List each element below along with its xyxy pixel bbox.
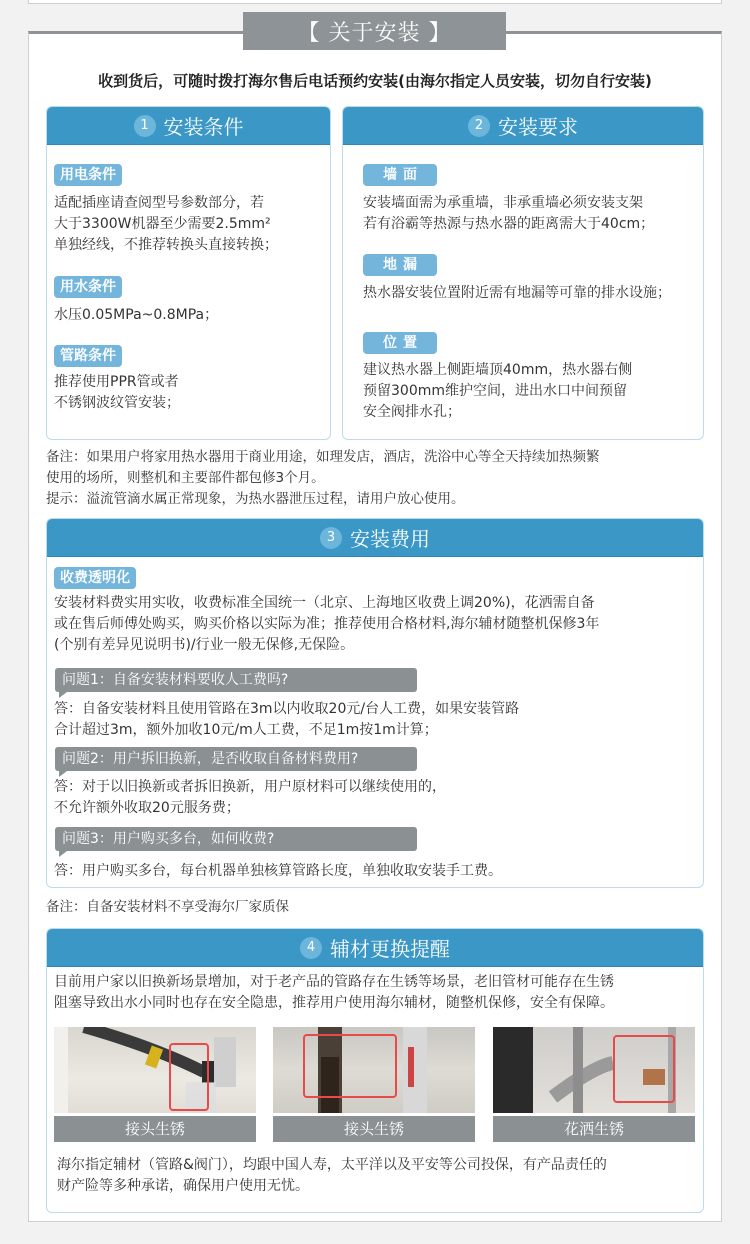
highlight-box <box>303 1034 397 1098</box>
intro-text: 收到货后，可随时拨打海尔售后电话预约安装(由海尔指定人员安装，切勿自行安装) <box>0 70 750 91</box>
text-line: 不允许额外收取20元服务费； <box>54 798 446 819</box>
text-line: 目前用户家以旧换新场景增加，对于老产品的管路存在生锈等场景，老旧管材可能存在生锈 <box>54 972 614 993</box>
section-title: 辅材更换提醒 <box>330 933 450 962</box>
section-number-badge: 2 <box>468 115 490 137</box>
note-line: 备注：如果用户将家用热水器用于商业用途，如理发店，酒店，洗浴中心等全天持续加热频… <box>46 447 600 468</box>
text-line: 大于3300W机器至少需要2.5mm² <box>54 214 278 235</box>
faq-answer-2: 答：对于以旧换新或者拆旧换新，用户原材料可以继续使用的， 不允许额外收取20元服… <box>54 777 446 819</box>
faq-question-3: 问题3：用户购买多台，如何收费? <box>55 827 417 851</box>
text-line: 海尔指定辅材（管路&阀门），均跟中国人寿，太平洋以及平安等公司投保，有产品责任的 <box>57 1155 607 1176</box>
text-line: 预留300mm维护空间，进出水口中间预留 <box>363 381 632 402</box>
text-line: 安装墙面需为承重墙，非承重墙必须安装支架 <box>363 193 654 214</box>
section-header: 2 安装要求 <box>343 107 703 145</box>
faq-answer-1: 答：自备安装材料且使用管路在3m以内收取20元/台人工费，如果安装管路 合计超过… <box>54 699 519 741</box>
text-line: 答：对于以旧换新或者拆旧换新，用户原材料可以继续使用的， <box>54 777 446 798</box>
self-material-note: 备注：自备安装材料不享受海尔厂家质保 <box>46 897 289 918</box>
insurance-text: 海尔指定辅材（管路&阀门），均跟中国人寿，太平洋以及平安等公司投保，有产品责任的… <box>57 1155 607 1197</box>
section-title: 安装条件 <box>164 111 244 140</box>
section-title: 安装费用 <box>350 523 430 552</box>
text-line: 答：自备安装材料且使用管路在3m以内收取20元/台人工费，如果安装管路 <box>54 699 519 720</box>
section-title: 安装要求 <box>498 111 578 140</box>
section-number-badge: 1 <box>134 115 156 137</box>
tag-fee-transparency: 收费透明化 <box>54 567 136 589</box>
section-header: 3 安装费用 <box>47 519 703 557</box>
photo-rusty-joint-1 <box>54 1027 256 1113</box>
tag-water: 用水条件 <box>54 276 122 298</box>
text-line: 单独经线，不推荐转换头直接转换； <box>54 235 278 256</box>
photo-caption: 接头生锈 <box>273 1116 475 1142</box>
position-text: 建议热水器上侧距墙顶40mm，热水器右侧 预留300mm维护空间，进出水口中间预… <box>363 360 632 423</box>
tag-floor-drain: 地漏 <box>363 254 437 276</box>
text-line: 合计超过3m，额外加收10元/m人工费，不足1m按1m计算； <box>54 720 519 741</box>
text-line: 财产险等多种承诺，确保用户使用无忧。 <box>57 1176 607 1197</box>
fee-text: 安装材料费实用实收，收费标准全国统一（北京、上海地区收费上调20%)，花洒需自备… <box>54 593 599 656</box>
photo-rusty-joint-2 <box>273 1027 475 1113</box>
text-line: 安全阀排水孔； <box>363 402 632 423</box>
section-number-badge: 3 <box>320 527 342 549</box>
text-line: 推荐使用PPR管或者 <box>54 372 180 393</box>
rusty-hose-joint-image <box>54 1027 256 1113</box>
text-line: 若有浴霸等热源与热水器的距离需大于40cm； <box>363 214 654 235</box>
pipe-text: 推荐使用PPR管或者 不锈钢波纹管安装； <box>54 372 180 414</box>
text-line: 或在售后师傅处购买，购买价格以实际为准；推荐使用合格材料,海尔辅材随整机保修3年 <box>54 614 599 635</box>
section-number-badge: 4 <box>300 937 322 959</box>
tag-electricity: 用电条件 <box>54 164 122 186</box>
photo-caption: 花洒生锈 <box>493 1116 695 1142</box>
note-line: 使用的场所，则整机和主要部件都包修3个月。 <box>46 468 600 489</box>
highlight-box <box>169 1043 209 1111</box>
note-line: 提示：溢流管滴水属正常现象，为热水器泄压过程，请用户放心使用。 <box>46 489 600 510</box>
text-line: 阻塞导致出水小同时也存在安全隐患，推荐用户使用海尔辅材，随整机保修，安全有保障。 <box>54 993 614 1014</box>
previous-card-bottom <box>28 0 722 4</box>
text-line: 适配插座请查阅型号参数部分，若 <box>54 193 278 214</box>
photo-rusty-shower <box>493 1027 695 1113</box>
tag-wall: 墙面 <box>363 164 437 186</box>
faq-question-1: 问题1：自备安装材料要收人工费吗? <box>55 668 417 692</box>
faq-question-2: 问题2：用户拆旧换新，是否收取自备材料费用? <box>55 747 417 771</box>
highlight-box <box>613 1035 675 1103</box>
section-header: 1 安装条件 <box>47 107 330 145</box>
replacement-text: 目前用户家以旧换新场景增加，对于老产品的管路存在生锈等场景，老旧管材可能存在生锈… <box>54 972 614 1014</box>
section-header: 4 辅材更换提醒 <box>47 929 703 967</box>
wall-text: 安装墙面需为承重墙，非承重墙必须安装支架 若有浴霸等热源与热水器的距离需大于40… <box>363 193 654 235</box>
tag-pipe: 管路条件 <box>54 345 122 367</box>
photo-caption: 接头生锈 <box>54 1116 256 1142</box>
text-line: 建议热水器上侧距墙顶40mm，热水器右侧 <box>363 360 632 381</box>
text-line: 安装材料费实用实收，收费标准全国统一（北京、上海地区收费上调20%)，花洒需自备 <box>54 593 599 614</box>
floor-drain-text: 热水器安装位置附近需有地漏等可靠的排水设施； <box>363 283 671 304</box>
tag-position: 位置 <box>363 332 437 354</box>
text-line: 不锈钢波纹管安装； <box>54 393 180 414</box>
page-title: 【 关于安装 】 <box>243 12 506 50</box>
faq-answer-3: 答：用户购买多台，每台机器单独核算管路长度，单独收取安装手工费。 <box>54 861 502 882</box>
text-line: (个别有差异见说明书)/行业一般无保修,无保险。 <box>54 635 599 656</box>
commercial-use-note: 备注：如果用户将家用热水器用于商业用途，如理发店，酒店，洗浴中心等全天持续加热频… <box>46 447 600 510</box>
electricity-text: 适配插座请查阅型号参数部分，若 大于3300W机器至少需要2.5mm² 单独经线… <box>54 193 278 256</box>
water-text: 水压0.05MPa~0.8MPa； <box>54 305 218 326</box>
